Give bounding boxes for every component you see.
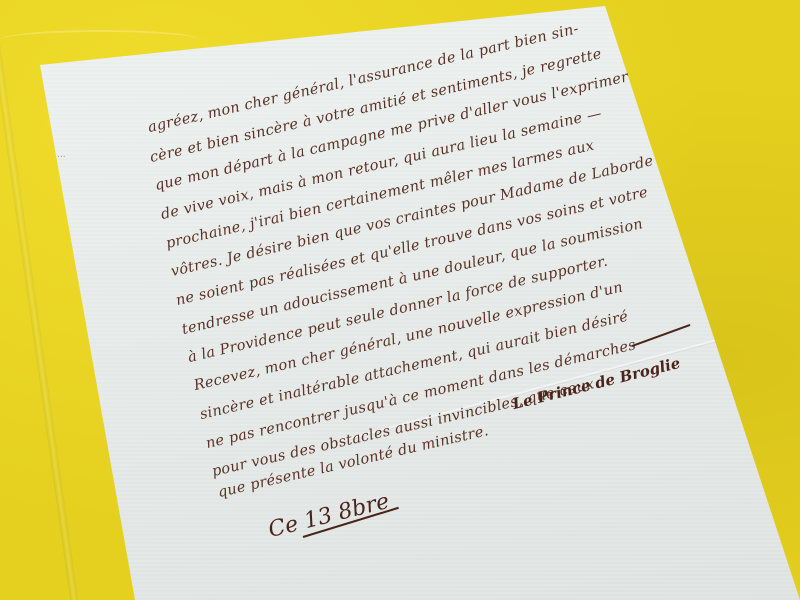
handwritten-letter: agréez, mon cher général, l'assurance de… xyxy=(0,0,800,600)
signature-flourish xyxy=(632,324,691,347)
